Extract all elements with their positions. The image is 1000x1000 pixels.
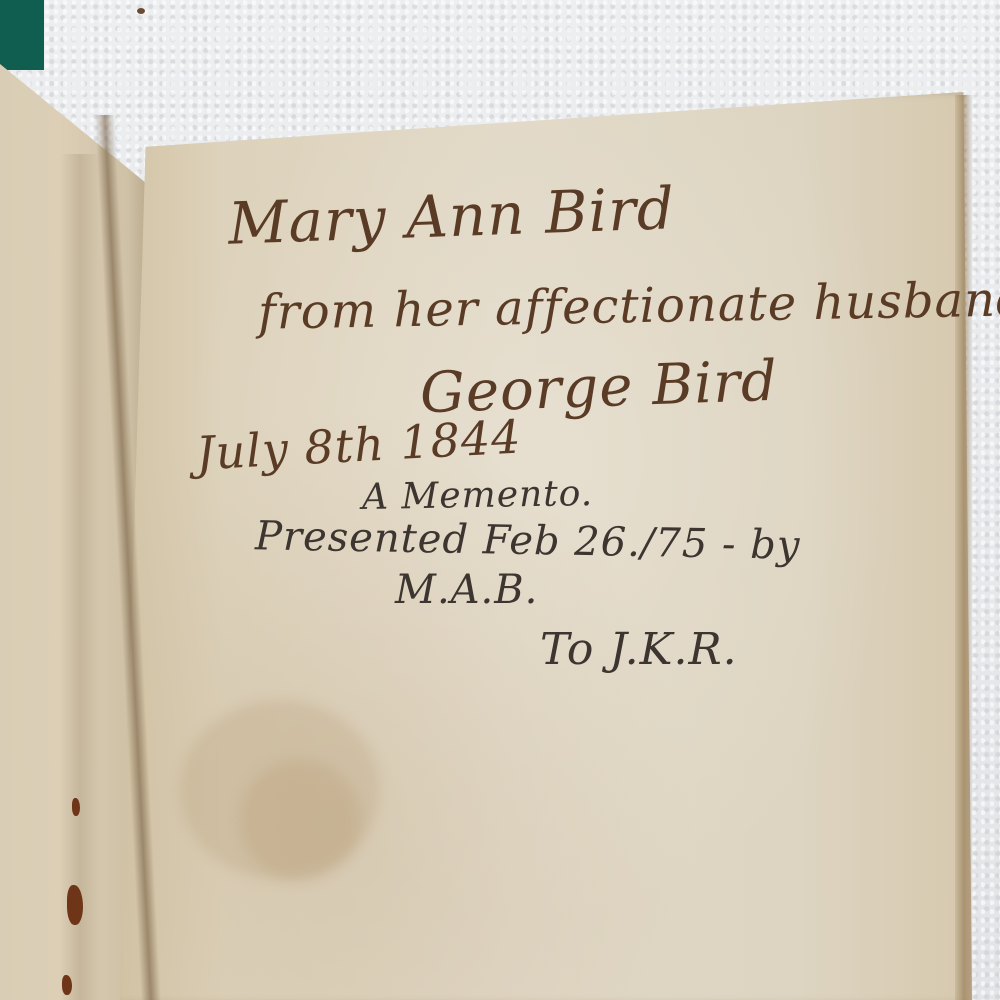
inscription-initials-from: M.A.B. bbox=[395, 567, 538, 613]
foxing-stain bbox=[240, 760, 360, 880]
inscription-memento: A Memento. bbox=[362, 473, 594, 518]
page-crease bbox=[60, 154, 100, 1000]
inscription-presented: Presented Feb 26./75 - by bbox=[255, 513, 801, 569]
binding-tear bbox=[62, 975, 72, 995]
inscription-initials-to: To J.K.R. bbox=[540, 624, 738, 675]
page-edge-shadow bbox=[955, 95, 973, 1000]
binding-tear bbox=[67, 885, 83, 925]
binding-tear bbox=[72, 798, 80, 816]
green-surface-corner bbox=[0, 0, 44, 70]
lint-speck bbox=[137, 8, 145, 14]
